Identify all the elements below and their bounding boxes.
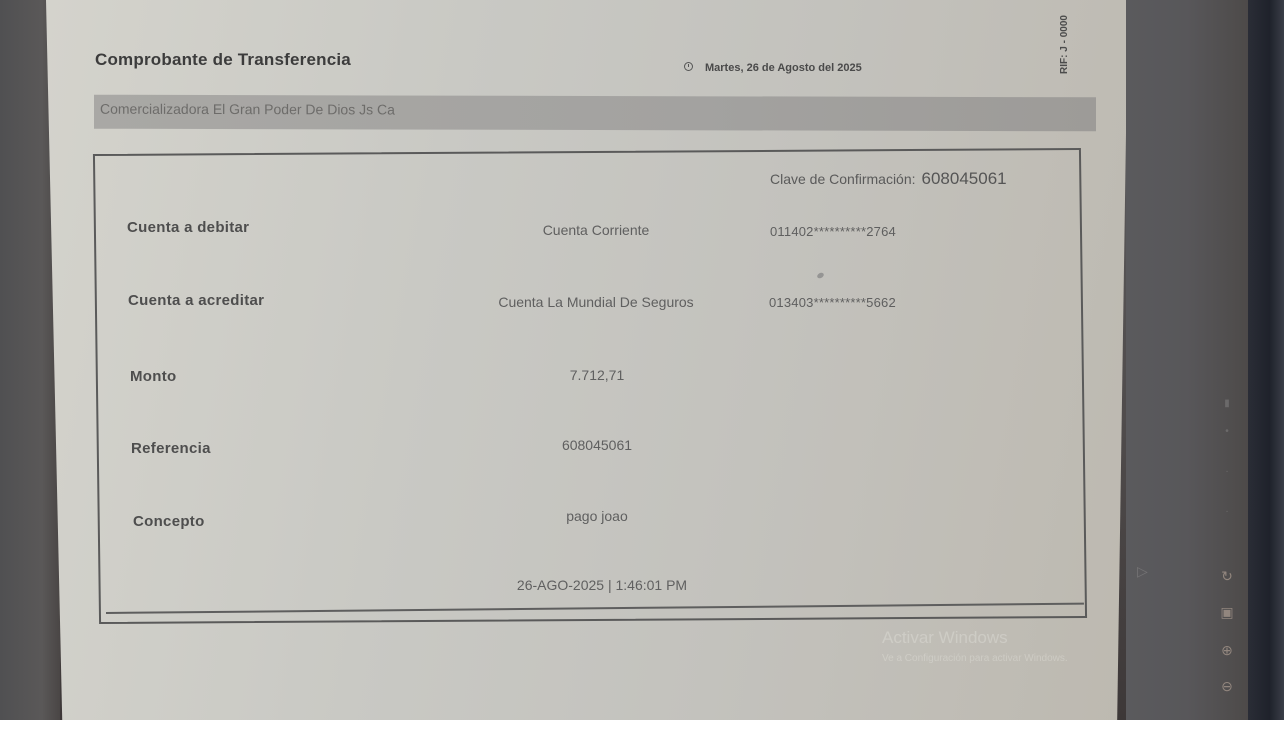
panel-icon[interactable]: ▮ xyxy=(1218,395,1236,423)
dot-icon: · xyxy=(1218,503,1236,567)
transaction-timestamp: 26-AGO-2025 | 1:46:01 PM xyxy=(452,577,752,593)
dot-icon: · xyxy=(1218,463,1236,503)
label-referencia: Referencia xyxy=(131,440,211,457)
confirmation-key: Clave de Confirmación:608045061 xyxy=(770,169,1007,189)
value-cuenta-debitar: Cuenta Corriente xyxy=(446,222,746,238)
label-cuenta-acreditar: Cuenta a acreditar xyxy=(128,292,264,309)
label-concepto: Concepto xyxy=(133,513,205,530)
account-credit-number: 013403**********5662 xyxy=(769,295,896,310)
document-title: Comprobante de Transferencia xyxy=(95,50,351,70)
value-cuenta-acreditar: Cuenta La Mundial De Seguros xyxy=(446,294,746,310)
account-debit-number: 011402**********2764 xyxy=(770,224,896,239)
rotate-icon[interactable]: ↻ xyxy=(1218,567,1236,603)
confirmation-value: 608045061 xyxy=(922,169,1007,188)
company-name: Comercializadora El Gran Poder De Dios J… xyxy=(100,101,395,118)
confirmation-label: Clave de Confirmación: xyxy=(770,171,916,187)
label-cuenta-debitar: Cuenta a debitar xyxy=(127,219,249,236)
dot-icon: • xyxy=(1218,423,1236,463)
label-monto: Monto xyxy=(130,368,176,385)
photo-border xyxy=(0,720,1284,732)
monitor-bezel xyxy=(1248,0,1284,720)
value-monto: 7.712,71 xyxy=(447,367,747,383)
zoom-out-icon[interactable]: ⊖ xyxy=(1218,677,1236,707)
monitor-screen: Comprobante de Transferencia Martes, 26 … xyxy=(0,0,1284,720)
zoom-in-icon[interactable]: ⊕ xyxy=(1218,641,1236,677)
page-nav-handle[interactable]: ▷ xyxy=(1137,563,1148,580)
rif-label: RIF: J - 0000 xyxy=(1055,0,1073,80)
company-bar: Comercializadora El Gran Poder De Dios J… xyxy=(94,95,1096,132)
document-date: Martes, 26 de Agosto del 2025 xyxy=(684,59,862,74)
watermark-subtitle: Ve a Configuración para activar Windows. xyxy=(882,653,1068,664)
value-referencia: 608045061 xyxy=(447,437,747,453)
clock-icon xyxy=(684,62,693,71)
date-text: Martes, 26 de Agosto del 2025 xyxy=(705,62,862,74)
watermark-title: Activar Windows xyxy=(882,628,1068,648)
value-concepto: pago joao xyxy=(447,508,747,524)
rif-text: RIF: J - 0000 xyxy=(1059,15,1070,74)
viewer-toolbar: ▮ • · · ↻ ▣ ⊕ ⊖ xyxy=(1212,395,1242,707)
activate-windows-watermark: Activar Windows Ve a Configuración para … xyxy=(882,628,1068,664)
save-icon[interactable]: ▣ xyxy=(1218,603,1236,641)
